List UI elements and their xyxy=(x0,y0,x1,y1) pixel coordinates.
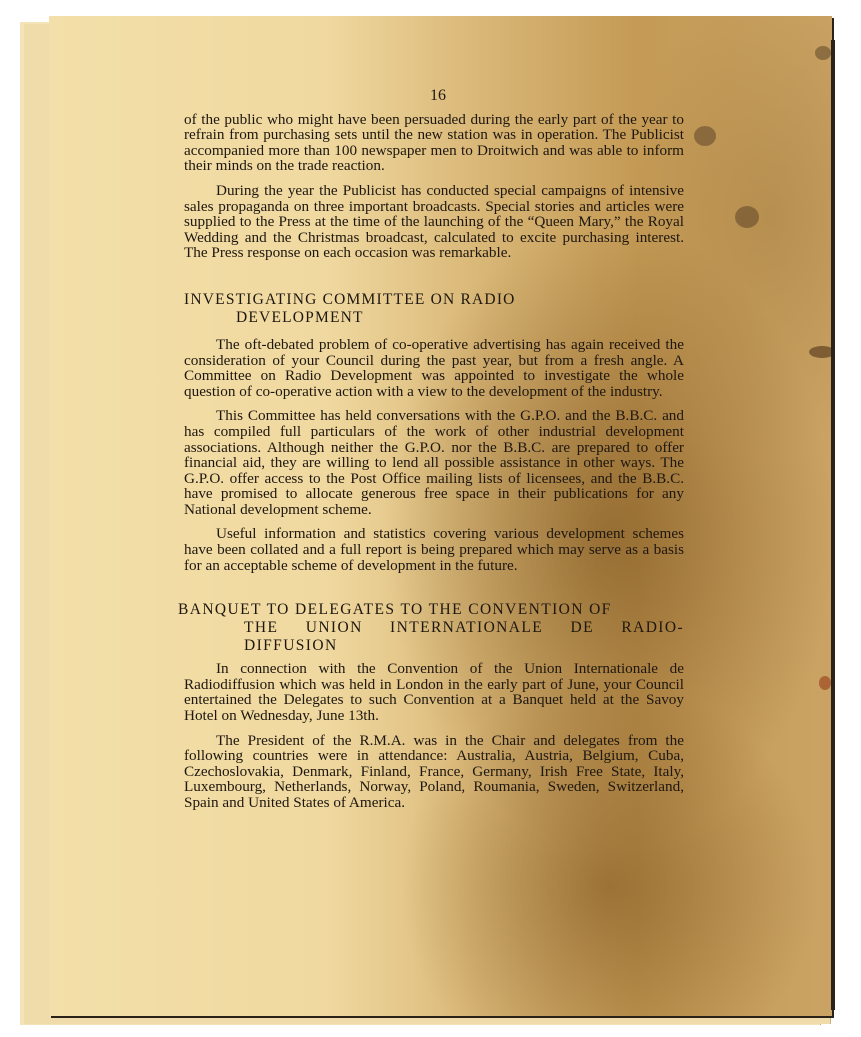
paragraph: The oft-debated problem of co-operative … xyxy=(184,337,684,399)
section-heading-banquet: Banquet to Delegates to the Convention o… xyxy=(178,601,684,655)
paragraph: In connection with the Convention of the… xyxy=(184,661,684,723)
water-stain xyxy=(694,126,716,146)
heading-line: Banquet to Delegates to the Convention o… xyxy=(178,601,612,618)
heading-line: diffusion xyxy=(178,637,684,655)
heading-line: Development xyxy=(184,309,684,327)
page-number: 16 xyxy=(192,88,684,104)
heading-line: the Union Internationale de Radio- xyxy=(178,619,684,637)
heading-line: Investigating Committee on Radio xyxy=(184,291,516,308)
water-stain xyxy=(815,46,831,60)
rust-stain xyxy=(819,676,831,690)
paragraph: The President of the R.M.A. was in the C… xyxy=(184,733,684,811)
paragraph: This Committee has held conversations wi… xyxy=(184,408,684,517)
section-heading-radio-development: Investigating Committee on Radio Develop… xyxy=(184,291,684,327)
water-stain xyxy=(735,206,759,228)
document-body: 16 of the public who might have been per… xyxy=(184,88,684,820)
paragraph: Useful information and statistics coveri… xyxy=(184,526,684,573)
page-edge xyxy=(831,40,835,1010)
paragraph: During the year the Publicist has conduc… xyxy=(184,183,684,261)
paragraph: of the public who might have been persua… xyxy=(184,112,684,174)
